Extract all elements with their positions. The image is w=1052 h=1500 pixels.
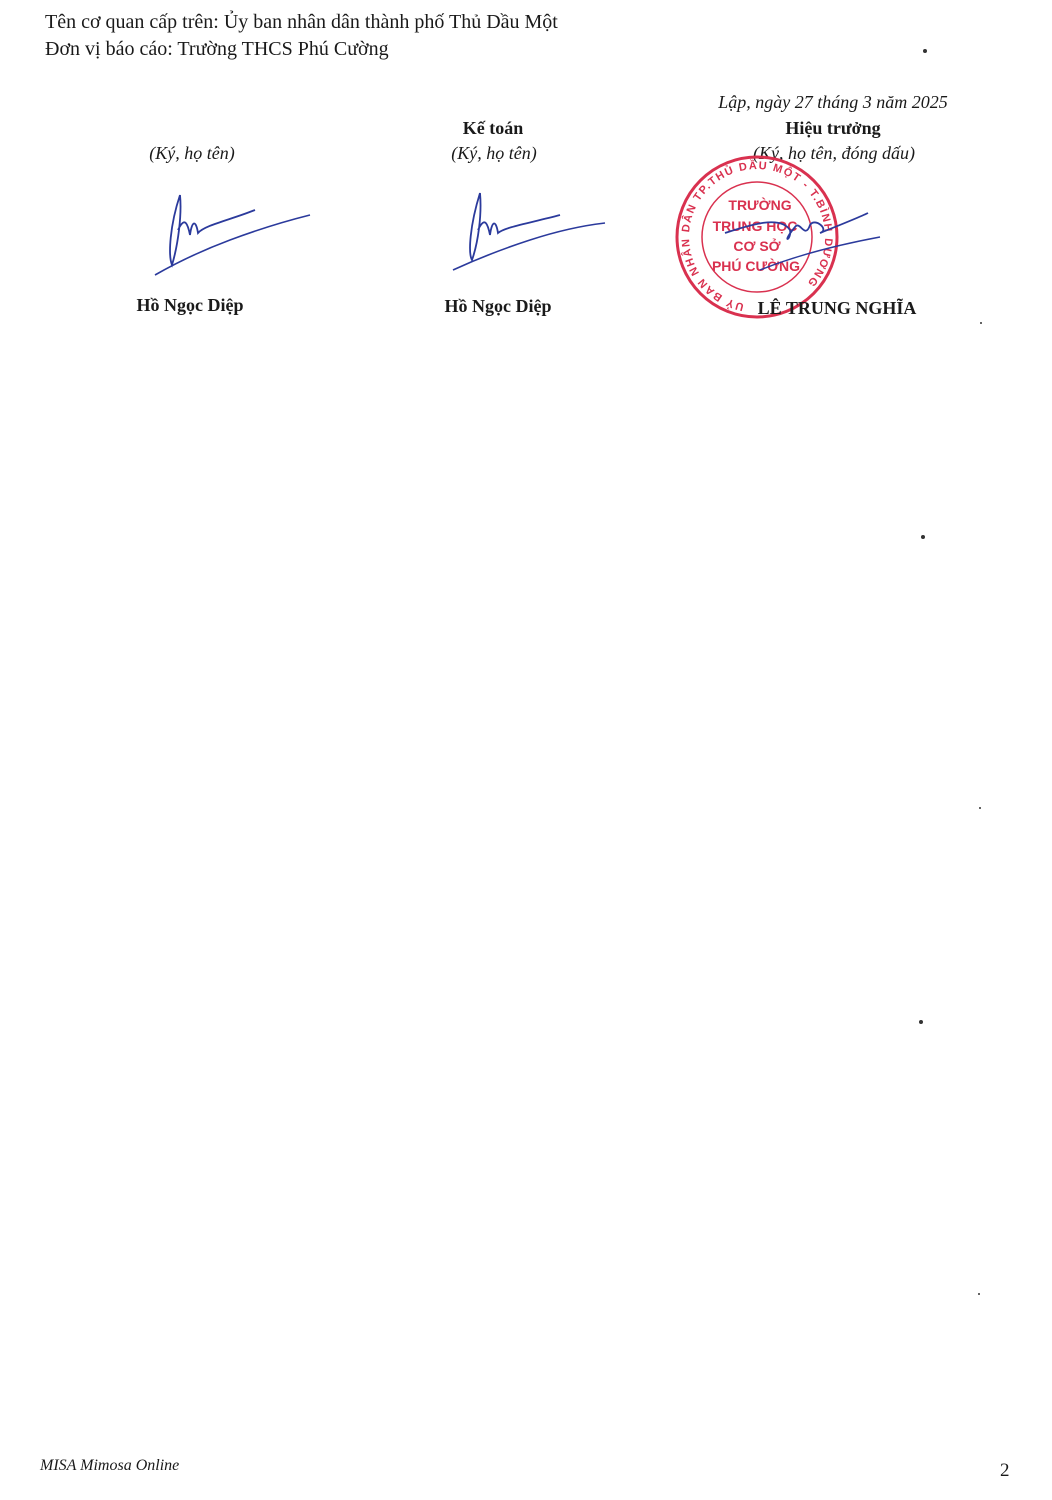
handwritten-signature-icon <box>720 205 890 285</box>
scan-speck <box>923 49 927 53</box>
scan-speck <box>919 1020 923 1024</box>
scan-speck <box>978 1293 980 1295</box>
signature-role: Kế toán <box>463 118 524 139</box>
signature-instruction: (Ký, họ tên) <box>149 143 234 164</box>
footer-software: MISA Mimosa Online <box>40 1457 179 1475</box>
header-unit-line: Đơn vị báo cáo: Trường THCS Phú Cường <box>45 38 389 61</box>
header-agency-line: Tên cơ quan cấp trên: Ủy ban nhân dân th… <box>45 11 558 34</box>
handwritten-signature-icon <box>450 185 620 285</box>
signer-name: Hồ Ngọc Diệp <box>445 296 552 317</box>
signature-role: Hiệu trưởng <box>785 118 880 139</box>
page-number: 2 <box>1000 1460 1010 1482</box>
signer-name: LÊ TRUNG NGHĨA <box>758 298 917 319</box>
handwritten-signature-icon <box>150 185 320 285</box>
signature-instruction: (Ký, họ tên) <box>451 143 536 164</box>
signer-name: Hồ Ngọc Diệp <box>137 295 244 316</box>
scan-speck <box>980 322 982 324</box>
date-line: Lập, ngày 27 tháng 3 năm 2025 <box>718 92 948 113</box>
scan-speck <box>979 807 981 809</box>
scan-speck <box>921 535 925 539</box>
